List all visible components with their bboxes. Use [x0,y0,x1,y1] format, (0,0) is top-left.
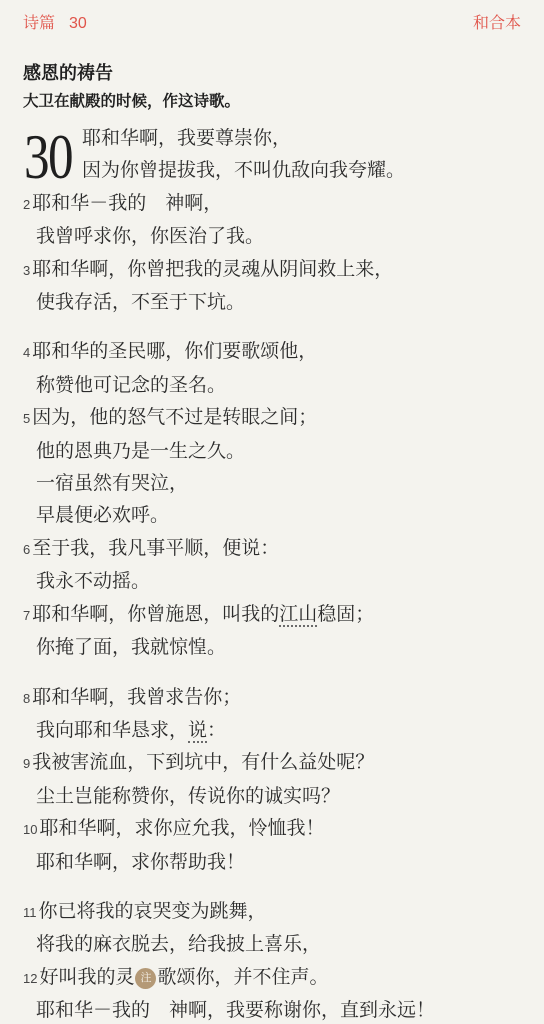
verse-text: 我曾呼求你，你医治了我。 [36,226,264,247]
verse: 12好叫我的灵注歌颂你，并不住声。耶和华－我的 神啊，我要称谢你，直到永远！ [23,962,521,1024]
verse-text: 尘土岂能称赞你，传说你的诚实吗？ [36,786,340,807]
chapter-number-dropcap: 30 [24,129,64,185]
top-bar: 诗篇30 和合本 [23,14,521,34]
stanza: 4耶和华的圣民哪，你们要歌颂他，称赞他可记念的圣名。5因为，他的怒气不过是转眼之… [23,336,521,664]
verse-line: 6至于我，我凡事平顺，便说： [23,533,521,566]
verse-number: 7 [23,608,30,623]
verse: 7耶和华啊，你曾施恩，叫我的江山稳固；你掩了面，我就惊惶。 [23,599,521,665]
verse: 2耶和华－我的 神啊，我曾呼求你，你医治了我。 [23,188,521,254]
verse-line: 5因为，他的怒气不过是转眼之间； [23,402,521,435]
verse-number: 10 [23,822,37,837]
verse: 3耶和华啊，你曾把我的灵魂从阴间救上来，使我存活，不至于下坑。 [23,254,521,320]
book-name: 诗篇 [23,14,55,34]
verse-line: 耶和华啊，我要尊崇你， [82,123,521,155]
verse-text: 早晨便必欢呼。 [36,505,169,526]
verse-line: 他的恩典乃是一生之久。 [23,436,521,468]
verse-text: 至于我，我凡事平顺，便说： [32,538,279,559]
verse-text: 你已将我的哀哭变为跳舞， [39,901,267,922]
verse: 6至于我，我凡事平顺，便说：我永不动摇。 [23,533,521,599]
verse: 11你已将我的哀哭变为跳舞，将我的麻衣脱去，给我披上喜乐， [23,896,521,962]
chapter-label: 30 [69,14,87,34]
verse-number: 4 [23,345,30,360]
verse-line: 我永不动摇。 [23,566,521,598]
bible-reader-page: 诗篇30 和合本 感恩的祷告 大卫在献殿的时候，作这诗歌。 30耶和华啊，我要尊… [0,0,544,1024]
verse-lines: 耶和华啊，我要尊崇你，因为你曾提拔我，不叫仇敌向我夸耀。 [82,123,521,188]
verse: 5因为，他的怒气不过是转眼之间；他的恩典乃是一生之久。一宿虽然有哭泣，早晨便必欢… [23,402,521,533]
verse-line: 因为你曾提拔我，不叫仇敌向我夸耀。 [82,155,521,187]
verse-line: 使我存活，不至于下坑。 [23,287,521,319]
emphasized-supplied-word: 江山 [279,604,317,627]
verse-line: 9我被害流血，下到坑中，有什么益处呢？ [23,747,521,780]
verse-text: 好叫我的灵 [39,967,134,988]
verse-line: 10耶和华啊，求你应允我，怜恤我！ [23,813,521,846]
verse-line: 2耶和华－我的 神啊， [23,188,521,221]
verse-text: 将我的麻衣脱去，给我披上喜乐， [36,934,321,955]
verse-line: 我曾呼求你，你医治了我。 [23,221,521,253]
verse-text: 耶和华啊，我要尊崇你， [82,128,291,149]
verse-text: 耶和华的圣民哪，你们要歌颂他， [32,341,317,362]
verse-line: 3耶和华啊，你曾把我的灵魂从阴间救上来， [23,254,521,287]
verse-text: 使我存活，不至于下坑。 [36,292,245,313]
verse-text: 耶和华啊，求你应允我，怜恤我！ [39,818,324,839]
verse-number: 11 [23,905,37,920]
verse-number: 5 [23,411,30,426]
psalm-inscription: 大卫在献殿的时候，作这诗歌。 [23,91,521,112]
verse-text: 耶和华啊，我曾求告你； [32,687,241,708]
verse-line: 你掩了面，我就惊惶。 [23,632,521,664]
verse-number: 6 [23,542,30,557]
verse-text: 我被害流血，下到坑中，有什么益处呢？ [32,752,374,773]
verse: 10耶和华啊，求你应允我，怜恤我！耶和华啊，求你帮助我！ [23,813,521,879]
stanza: 11你已将我的哀哭变为跳舞，将我的麻衣脱去，给我披上喜乐，12好叫我的灵注歌颂你… [23,896,521,1024]
verse-text: 耶和华啊，求你帮助我！ [36,852,245,873]
verse-text: 稳固； [317,604,374,625]
verse-line: 12好叫我的灵注歌颂你，并不住声。 [23,962,521,995]
passage-body: 30耶和华啊，我要尊崇你，因为你曾提拔我，不叫仇敌向我夸耀。2耶和华－我的 神啊… [23,123,521,1024]
verse-text: 他的恩典乃是一生之久。 [36,441,245,462]
verse-line: 7耶和华啊，你曾施恩，叫我的江山稳固； [23,599,521,632]
verse-line: 一宿虽然有哭泣， [23,468,521,500]
emphasized-supplied-word: 说 [188,720,207,743]
version-selector[interactable]: 和合本 [473,14,521,34]
verse-number: 9 [23,756,30,771]
stanza: 30耶和华啊，我要尊崇你，因为你曾提拔我，不叫仇敌向我夸耀。2耶和华－我的 神啊… [23,123,521,319]
verse: 8耶和华啊，我曾求告你；我向耶和华恳求，说： [23,682,521,748]
verse-line: 8耶和华啊，我曾求告你； [23,682,521,715]
verse-line: 将我的麻衣脱去，给我披上喜乐， [23,929,521,961]
verse-line: 耶和华啊，求你帮助我！ [23,847,521,879]
verse-number: 2 [23,197,30,212]
verse-line: 尘土岂能称赞你，传说你的诚实吗？ [23,781,521,813]
verse-text: 因为，他的怒气不过是转眼之间； [32,407,317,428]
verse-number: 3 [23,263,30,278]
section-heading: 感恩的祷告 [23,61,521,85]
verse-text: 你掩了面，我就惊惶。 [36,637,226,658]
verse-line: 早晨便必欢呼。 [23,500,521,532]
verse-number: 8 [23,691,30,706]
verse-line: 11你已将我的哀哭变为跳舞， [23,896,521,929]
verse-line: 耶和华－我的 神啊，我要称谢你，直到永远！ [23,995,521,1024]
verse-number: 12 [23,971,37,986]
verse-text: 耶和华－我的 神啊，我要称谢你，直到永远！ [36,1000,435,1021]
verse: 30耶和华啊，我要尊崇你，因为你曾提拔我，不叫仇敌向我夸耀。 [23,123,521,188]
verse: 9我被害流血，下到坑中，有什么益处呢？尘土岂能称赞你，传说你的诚实吗？ [23,747,521,813]
footnote-badge[interactable]: 注 [135,968,156,989]
verse-line: 我向耶和华恳求，说： [23,715,521,747]
verse-text: 我永不动摇。 [36,571,150,592]
verse-text: 称赞他可记念的圣名。 [36,375,226,396]
stanza: 8耶和华啊，我曾求告你；我向耶和华恳求，说：9我被害流血，下到坑中，有什么益处呢… [23,682,521,879]
verse-text: 耶和华－我的 神啊， [32,193,222,214]
passage-reference[interactable]: 诗篇30 [23,14,87,34]
verse-line: 4耶和华的圣民哪，你们要歌颂他， [23,336,521,369]
verse-text: 歌颂你，并不住声。 [157,967,328,988]
verse-text: ： [207,720,226,741]
verse-text: 一宿虽然有哭泣， [36,473,188,494]
verse: 4耶和华的圣民哪，你们要歌颂他，称赞他可记念的圣名。 [23,336,521,402]
verse-line: 称赞他可记念的圣名。 [23,370,521,402]
verse-text: 因为你曾提拔我，不叫仇敌向我夸耀。 [82,160,405,181]
verse-text: 耶和华啊，你曾施恩，叫我的 [32,604,279,625]
verse-text: 耶和华啊，你曾把我的灵魂从阴间救上来， [32,259,393,280]
verse-text: 我向耶和华恳求， [36,720,188,741]
